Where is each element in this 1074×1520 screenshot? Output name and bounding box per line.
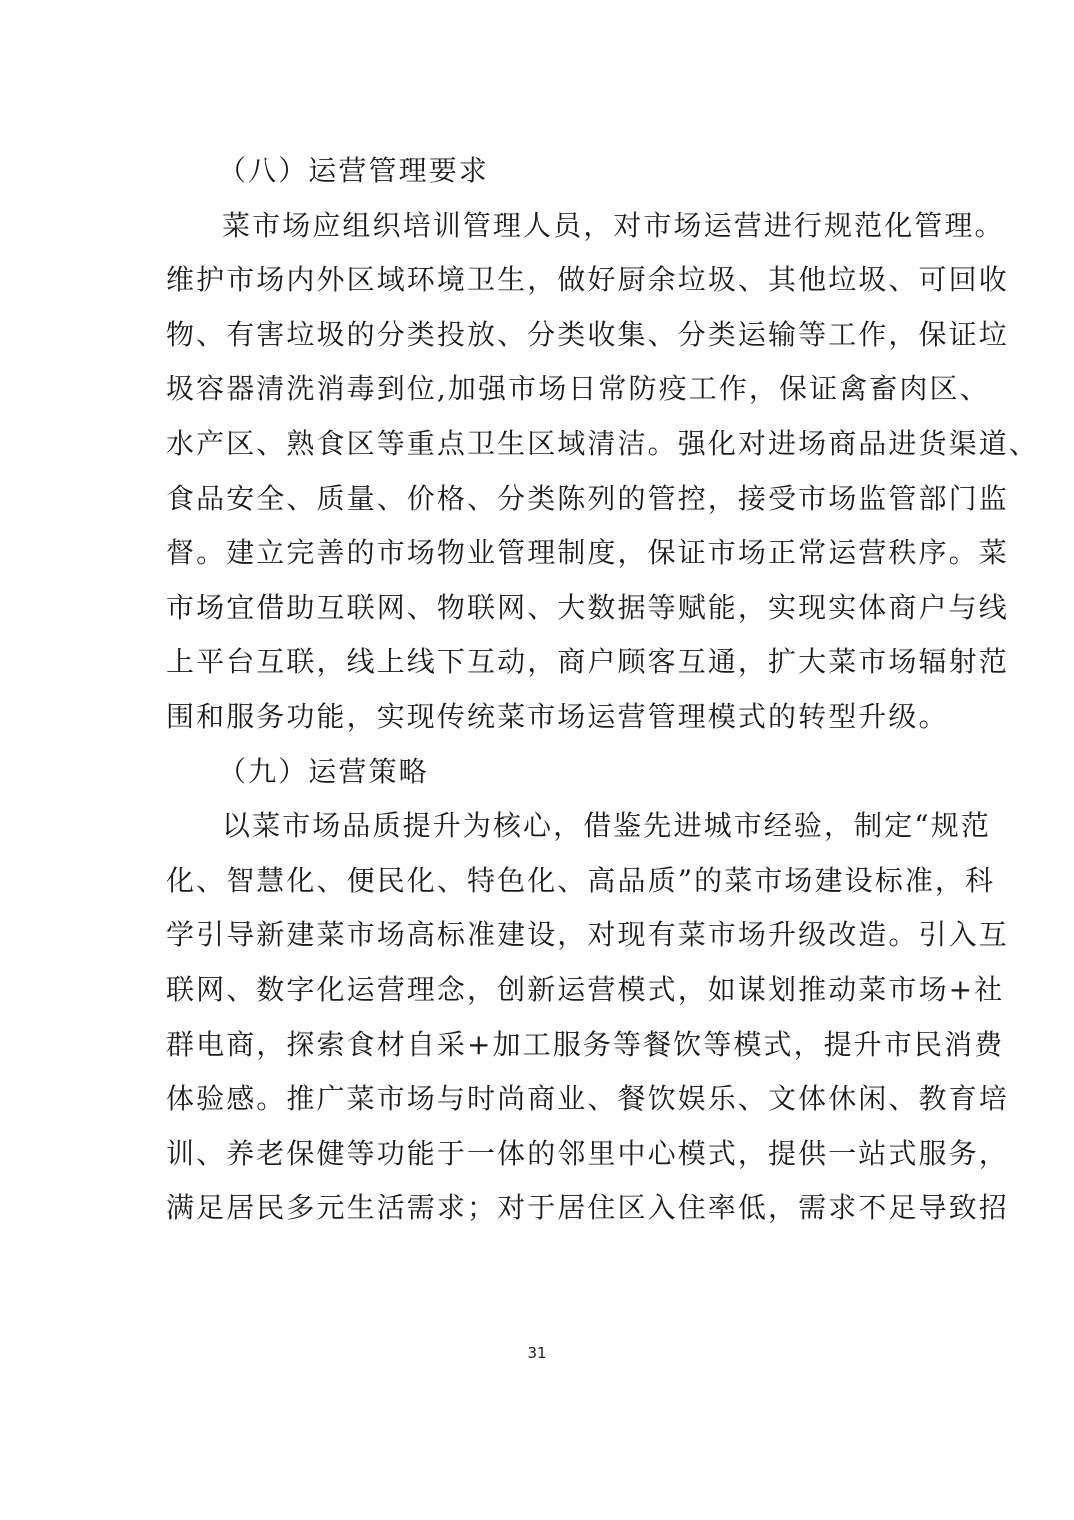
paragraph-line: 训、养老保健等功能于一体的邻里中心模式，提供一站式服务， <box>166 1131 914 1186</box>
document-page: （八）运营管理要求 菜市场应组织培训管理人员，对市场运营进行规范化管理。 维护市… <box>0 0 1074 1520</box>
paragraph-line: 市场宜借助互联网、物联网、大数据等赋能，实现实体商户与线 <box>166 585 914 640</box>
paragraph-line: 圾容器清洗消毒到位,加强市场日常防疫工作，保证禽畜肉区、 <box>166 366 914 421</box>
paragraph-line: 维护市场内外区域环境卫生，做好厨余垃圾、其他垃圾、可回收 <box>166 257 914 312</box>
section-heading-9: （九）运营策略 <box>166 749 914 804</box>
paragraph-line: 水产区、熟食区等重点卫生区域清洁。强化对进场商品进货渠道、 <box>166 421 914 476</box>
paragraph-line: 菜市场应组织培训管理人员，对市场运营进行规范化管理。 <box>166 203 914 258</box>
paragraph-line: 满足居民多元生活需求；对于居住区入住率低，需求不足导致招 <box>166 1185 914 1240</box>
paragraph-line: 以菜市场品质提升为核心，借鉴先进城市经验，制定“规范 <box>166 803 914 858</box>
paragraph-line: 学引导新建菜市场高标准建设，对现有菜市场升级改造。引入互 <box>166 912 914 967</box>
paragraph-line: 群电商，探索食材自采+加工服务等餐饮等模式，提升市民消费 <box>166 1022 914 1077</box>
paragraph-line: 联网、数字化运营理念，创新运营模式，如谋划推动菜市场+社 <box>166 967 914 1022</box>
paragraph-line: 上平台互联，线上线下互动，商户顾客互通，扩大菜市场辐射范 <box>166 639 914 694</box>
paragraph-line: 围和服务功能，实现传统菜市场运营管理模式的转型升级。 <box>166 694 914 749</box>
page-number: 31 <box>0 1344 1074 1362</box>
section-heading-8: （八）运营管理要求 <box>166 148 914 203</box>
paragraph-line: 物、有害垃圾的分类投放、分类收集、分类运输等工作，保证垃 <box>166 312 914 367</box>
paragraph-line: 食品安全、质量、价格、分类陈列的管控，接受市场监管部门监 <box>166 476 914 531</box>
page-body: （八）运营管理要求 菜市场应组织培训管理人员，对市场运营进行规范化管理。 维护市… <box>166 148 914 1240</box>
paragraph-line: 化、智慧化、便民化、特色化、高品质”的菜市场建设标准，科 <box>166 858 914 913</box>
paragraph-line: 体验感。推广菜市场与时尚商业、餐饮娱乐、文体休闲、教育培 <box>166 1076 914 1131</box>
paragraph-line: 督。建立完善的市场物业管理制度，保证市场正常运营秩序。菜 <box>166 530 914 585</box>
